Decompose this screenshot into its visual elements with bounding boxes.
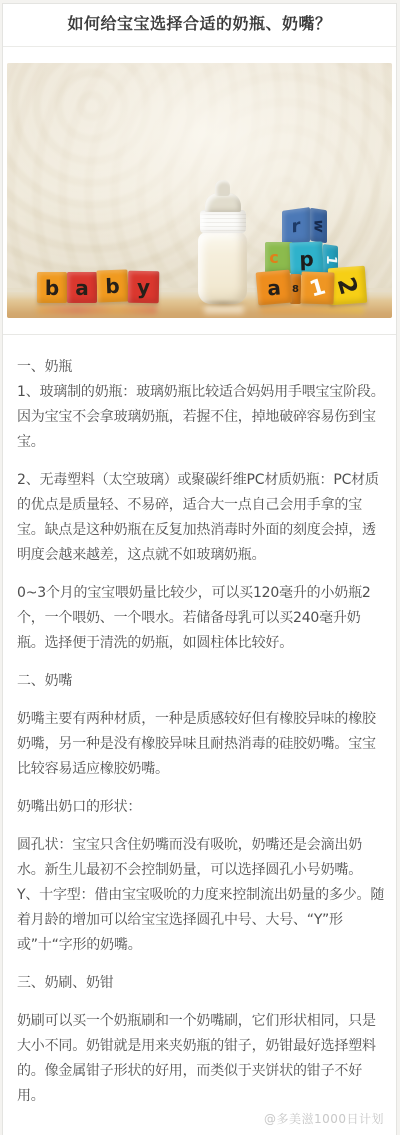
post-title: 如何给宝宝选择合适的奶瓶、奶嘴？ xyxy=(3,15,396,33)
block-letter: 1 xyxy=(307,274,329,302)
letter-block-w: w xyxy=(310,208,327,244)
paragraph: 奶嘴出奶口的形状： xyxy=(17,795,385,820)
block-letter: a xyxy=(266,275,282,300)
block-letter: 2 xyxy=(332,274,364,298)
bottle-cap xyxy=(200,210,246,233)
bottle-body xyxy=(198,232,247,304)
paragraph: 二、奶嘴 xyxy=(17,669,385,694)
block-letter: r xyxy=(292,215,301,237)
paragraph: 0~3个月的宝宝喂奶量比较少，可以买120毫升的小奶瓶2个，一个喂奶、一个喂水。… xyxy=(17,581,385,656)
paragraph: 奶嘴主要有两种材质，一种是质感较好但有橡胶异味的橡胶奶嘴，另一种是没有橡胶异味且… xyxy=(17,707,385,782)
block-letter: 8 xyxy=(292,284,299,295)
paragraph: 2、无毒塑料（太空玻璃）或聚碳纤维PC材质奶瓶：PC材质的优点是质量轻、不易碎，… xyxy=(17,468,385,568)
post-card: 如何给宝宝选择合适的奶瓶、奶嘴？ baby rwcp1a812 一、奶瓶 1、玻… xyxy=(2,3,397,1135)
letter-block-r: r xyxy=(282,207,310,246)
letter-block-a: a xyxy=(67,272,97,303)
paragraph: 一、奶瓶 1、玻璃制的奶瓶：玻璃奶瓶比较适合妈妈用手喂宝宝阶段。因为宝宝不会拿玻… xyxy=(17,355,385,455)
block-letter: c xyxy=(269,248,278,267)
paragraph: 三、奶刷、奶钳 xyxy=(17,971,385,996)
stack-blocks-reflection xyxy=(260,305,364,314)
letter-block-a: a xyxy=(256,270,293,306)
letter-block-b: b xyxy=(96,269,128,302)
post-header: 如何给宝宝选择合适的奶瓶、奶嘴？ xyxy=(3,4,396,47)
letter-block-1: 1 xyxy=(300,271,334,304)
block-letter: b xyxy=(105,274,120,298)
block-letter: 1 xyxy=(323,254,339,266)
letter-block-b: b xyxy=(37,272,67,303)
watermark: @多美滋1000日计划 xyxy=(264,1110,384,1127)
block-letter: y xyxy=(137,275,150,299)
block-letter: p xyxy=(299,246,314,270)
bottle-nipple-tip xyxy=(215,180,230,196)
letter-block-p: p xyxy=(289,241,323,275)
paragraph: 奶刷可以买一个奶瓶刷和一个奶嘴刷，它们形状相同，只是大小不同。奶钳就是用来夹奶瓶… xyxy=(17,1009,385,1109)
photo-image[interactable]: baby rwcp1a812 xyxy=(7,63,392,318)
letter-block-y: y xyxy=(128,271,160,304)
baby-blocks-reflection xyxy=(37,305,157,314)
paragraph: 圆孔状：宝宝只含住奶嘴而没有吸吮，奶嘴还是会滴出奶水。新生儿最初不会控制奶量，可… xyxy=(17,833,385,958)
block-letter: a xyxy=(75,276,89,300)
bottle-shadow xyxy=(197,299,249,308)
photo-section: baby rwcp1a812 xyxy=(3,47,396,335)
block-letter: b xyxy=(45,276,59,300)
article-text: 一、奶瓶 1、玻璃制的奶瓶：玻璃奶瓶比较适合妈妈用手喂宝宝阶段。因为宝宝不会拿玻… xyxy=(3,335,396,1109)
block-letter: w xyxy=(311,218,327,233)
